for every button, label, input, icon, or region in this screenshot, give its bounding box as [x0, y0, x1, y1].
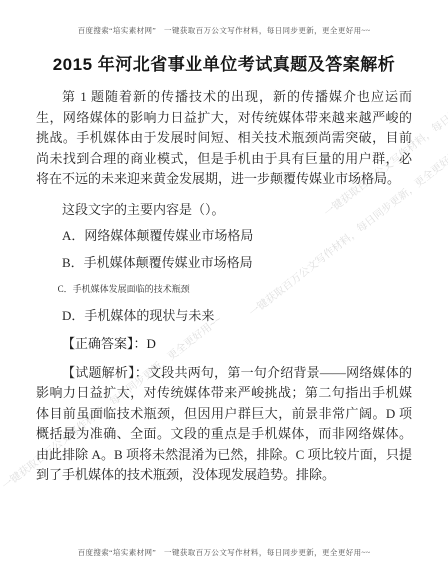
promo-footer-note: 百度搜索“培实素材网” 一键获取百万公文写作材料，每日同步更新，更全更好用~~	[0, 547, 448, 558]
option-d: D．手机媒体的现状与未来	[36, 306, 412, 327]
document-page: 百度搜索“培实素材网” 一键获取百万公文写作材料，每日同步更新，更全更好用~~ …	[0, 0, 448, 580]
document-body: 2015 年河北省事业单位考试真题及答案解析 第 1 题随着新的传播技术的出现，…	[36, 50, 412, 486]
option-a: A．网络媒体颠覆传媒业市场格局	[36, 226, 412, 247]
answer-analysis: 【试题解析】：文段共两句，第一句介绍背景——网络媒体的影响力日益扩大，对传统媒体…	[36, 363, 412, 486]
option-c: C．手机媒体发展面临的技术瓶颈	[36, 279, 412, 300]
option-b: B．手机媒体颠覆传媒业市场格局	[36, 253, 412, 274]
page-title: 2015 年河北省事业单位考试真题及答案解析	[36, 50, 412, 75]
correct-answer: 【正确答案】：D	[36, 334, 412, 355]
question-stem: 第 1 题随着新的传播技术的出现，新的传播媒介也应运而生，网络媒体的影响力日益扩…	[36, 87, 412, 190]
option-list: A．网络媒体颠覆传媒业市场格局 B．手机媒体颠覆传媒业市场格局 C．手机媒体发展…	[36, 226, 412, 326]
promo-header-note: 百度搜索“培实素材网” 一键获取百万公文写作材料，每日同步更新，更全更好用~~	[0, 25, 448, 36]
question-prompt: 这段文字的主要内容是（）。	[36, 200, 412, 221]
